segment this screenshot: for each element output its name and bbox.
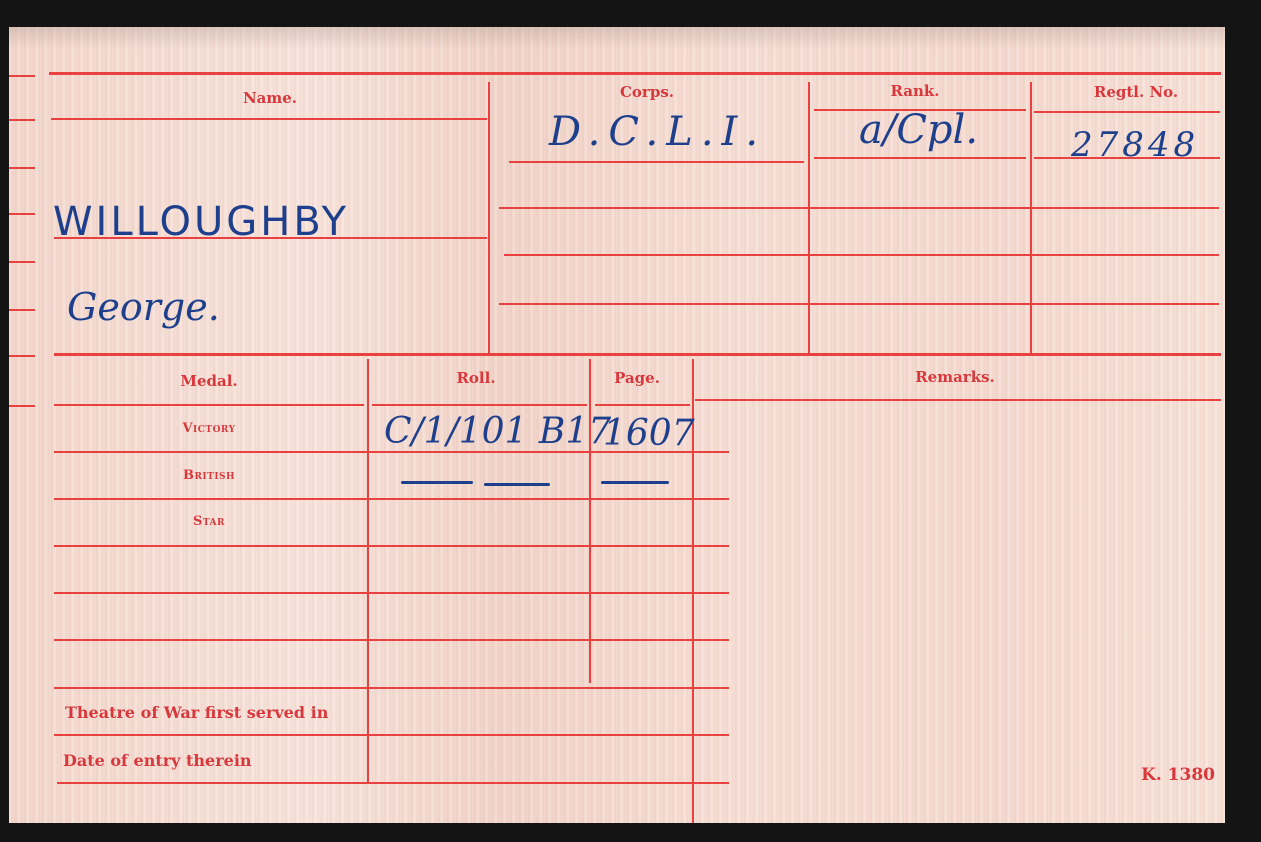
medal-row-rule: [54, 545, 729, 547]
row-rule: [504, 254, 1219, 256]
name-corps-divider: [488, 82, 490, 354]
roll-ditto-mark: [484, 483, 550, 486]
rank-regtl-divider: [1030, 82, 1032, 354]
name-rule: [51, 118, 487, 120]
roll-page-divider: [589, 359, 591, 683]
bottom-rule: [57, 782, 729, 784]
corps-rank-divider: [808, 82, 810, 354]
section-divider-line: [54, 353, 1221, 356]
edge-tick: [9, 75, 35, 77]
row-rule: [499, 207, 1219, 209]
medal-row-rule: [54, 498, 729, 500]
theatre-label: Theatre of War first served in: [65, 703, 328, 722]
roll-ditto-mark: [401, 481, 473, 484]
edge-tick: [9, 309, 35, 311]
medal-index-card: Name. Corps. Rank. Regtl. No. WILLOUGHBY…: [9, 27, 1225, 823]
regtl-no-header: Regtl. No.: [1094, 83, 1178, 101]
edge-tick: [9, 119, 35, 121]
corps-header: Corps.: [620, 83, 674, 101]
forename-entry: George.: [67, 285, 220, 329]
rank-rule: [814, 157, 1026, 159]
name-header: Name.: [243, 89, 297, 107]
medal-row-rule: [54, 687, 729, 689]
medal-row-rule: [54, 639, 729, 641]
roll-header: Roll.: [456, 369, 495, 387]
edge-tick: [9, 261, 35, 263]
medal-row-rule: [54, 734, 729, 736]
card-top-wear: [9, 27, 1225, 49]
medal-rule: [54, 404, 364, 406]
medal-roll-divider: [367, 359, 369, 783]
page-header: Page.: [614, 369, 660, 387]
medal-header: Medal.: [180, 372, 237, 390]
surname-entry: WILLOUGHBY: [53, 199, 349, 245]
edge-tick: [9, 167, 35, 169]
top-border-line: [49, 72, 1221, 75]
remarks-rule: [695, 399, 1221, 401]
medal-star-label: Star: [193, 514, 225, 529]
victory-roll-entry: C/1/101 B17: [384, 411, 611, 452]
victory-page-entry: 1607: [603, 413, 695, 454]
form-number: K. 1380: [1141, 765, 1215, 785]
edge-tick: [9, 213, 35, 215]
date-entry-label: Date of entry therein: [63, 751, 252, 770]
rank-entry: a/Cpl.: [859, 107, 978, 153]
regtl-no-entry: 27848: [1071, 125, 1199, 165]
medal-victory-label: Victory: [182, 421, 235, 436]
roll-rule: [372, 404, 587, 406]
medal-british-label: British: [183, 468, 235, 483]
remarks-header: Remarks.: [915, 368, 995, 386]
regtl-rule: [1034, 111, 1220, 113]
corps-rule: [509, 161, 804, 163]
corps-entry: D.C.L.I.: [549, 109, 766, 155]
edge-tick: [9, 355, 35, 357]
medal-row-rule: [54, 592, 729, 594]
row-rule: [499, 303, 1219, 305]
page-ditto-mark: [601, 481, 669, 484]
page-rule: [595, 404, 690, 406]
rank-header: Rank.: [890, 82, 939, 100]
edge-tick: [9, 405, 35, 407]
